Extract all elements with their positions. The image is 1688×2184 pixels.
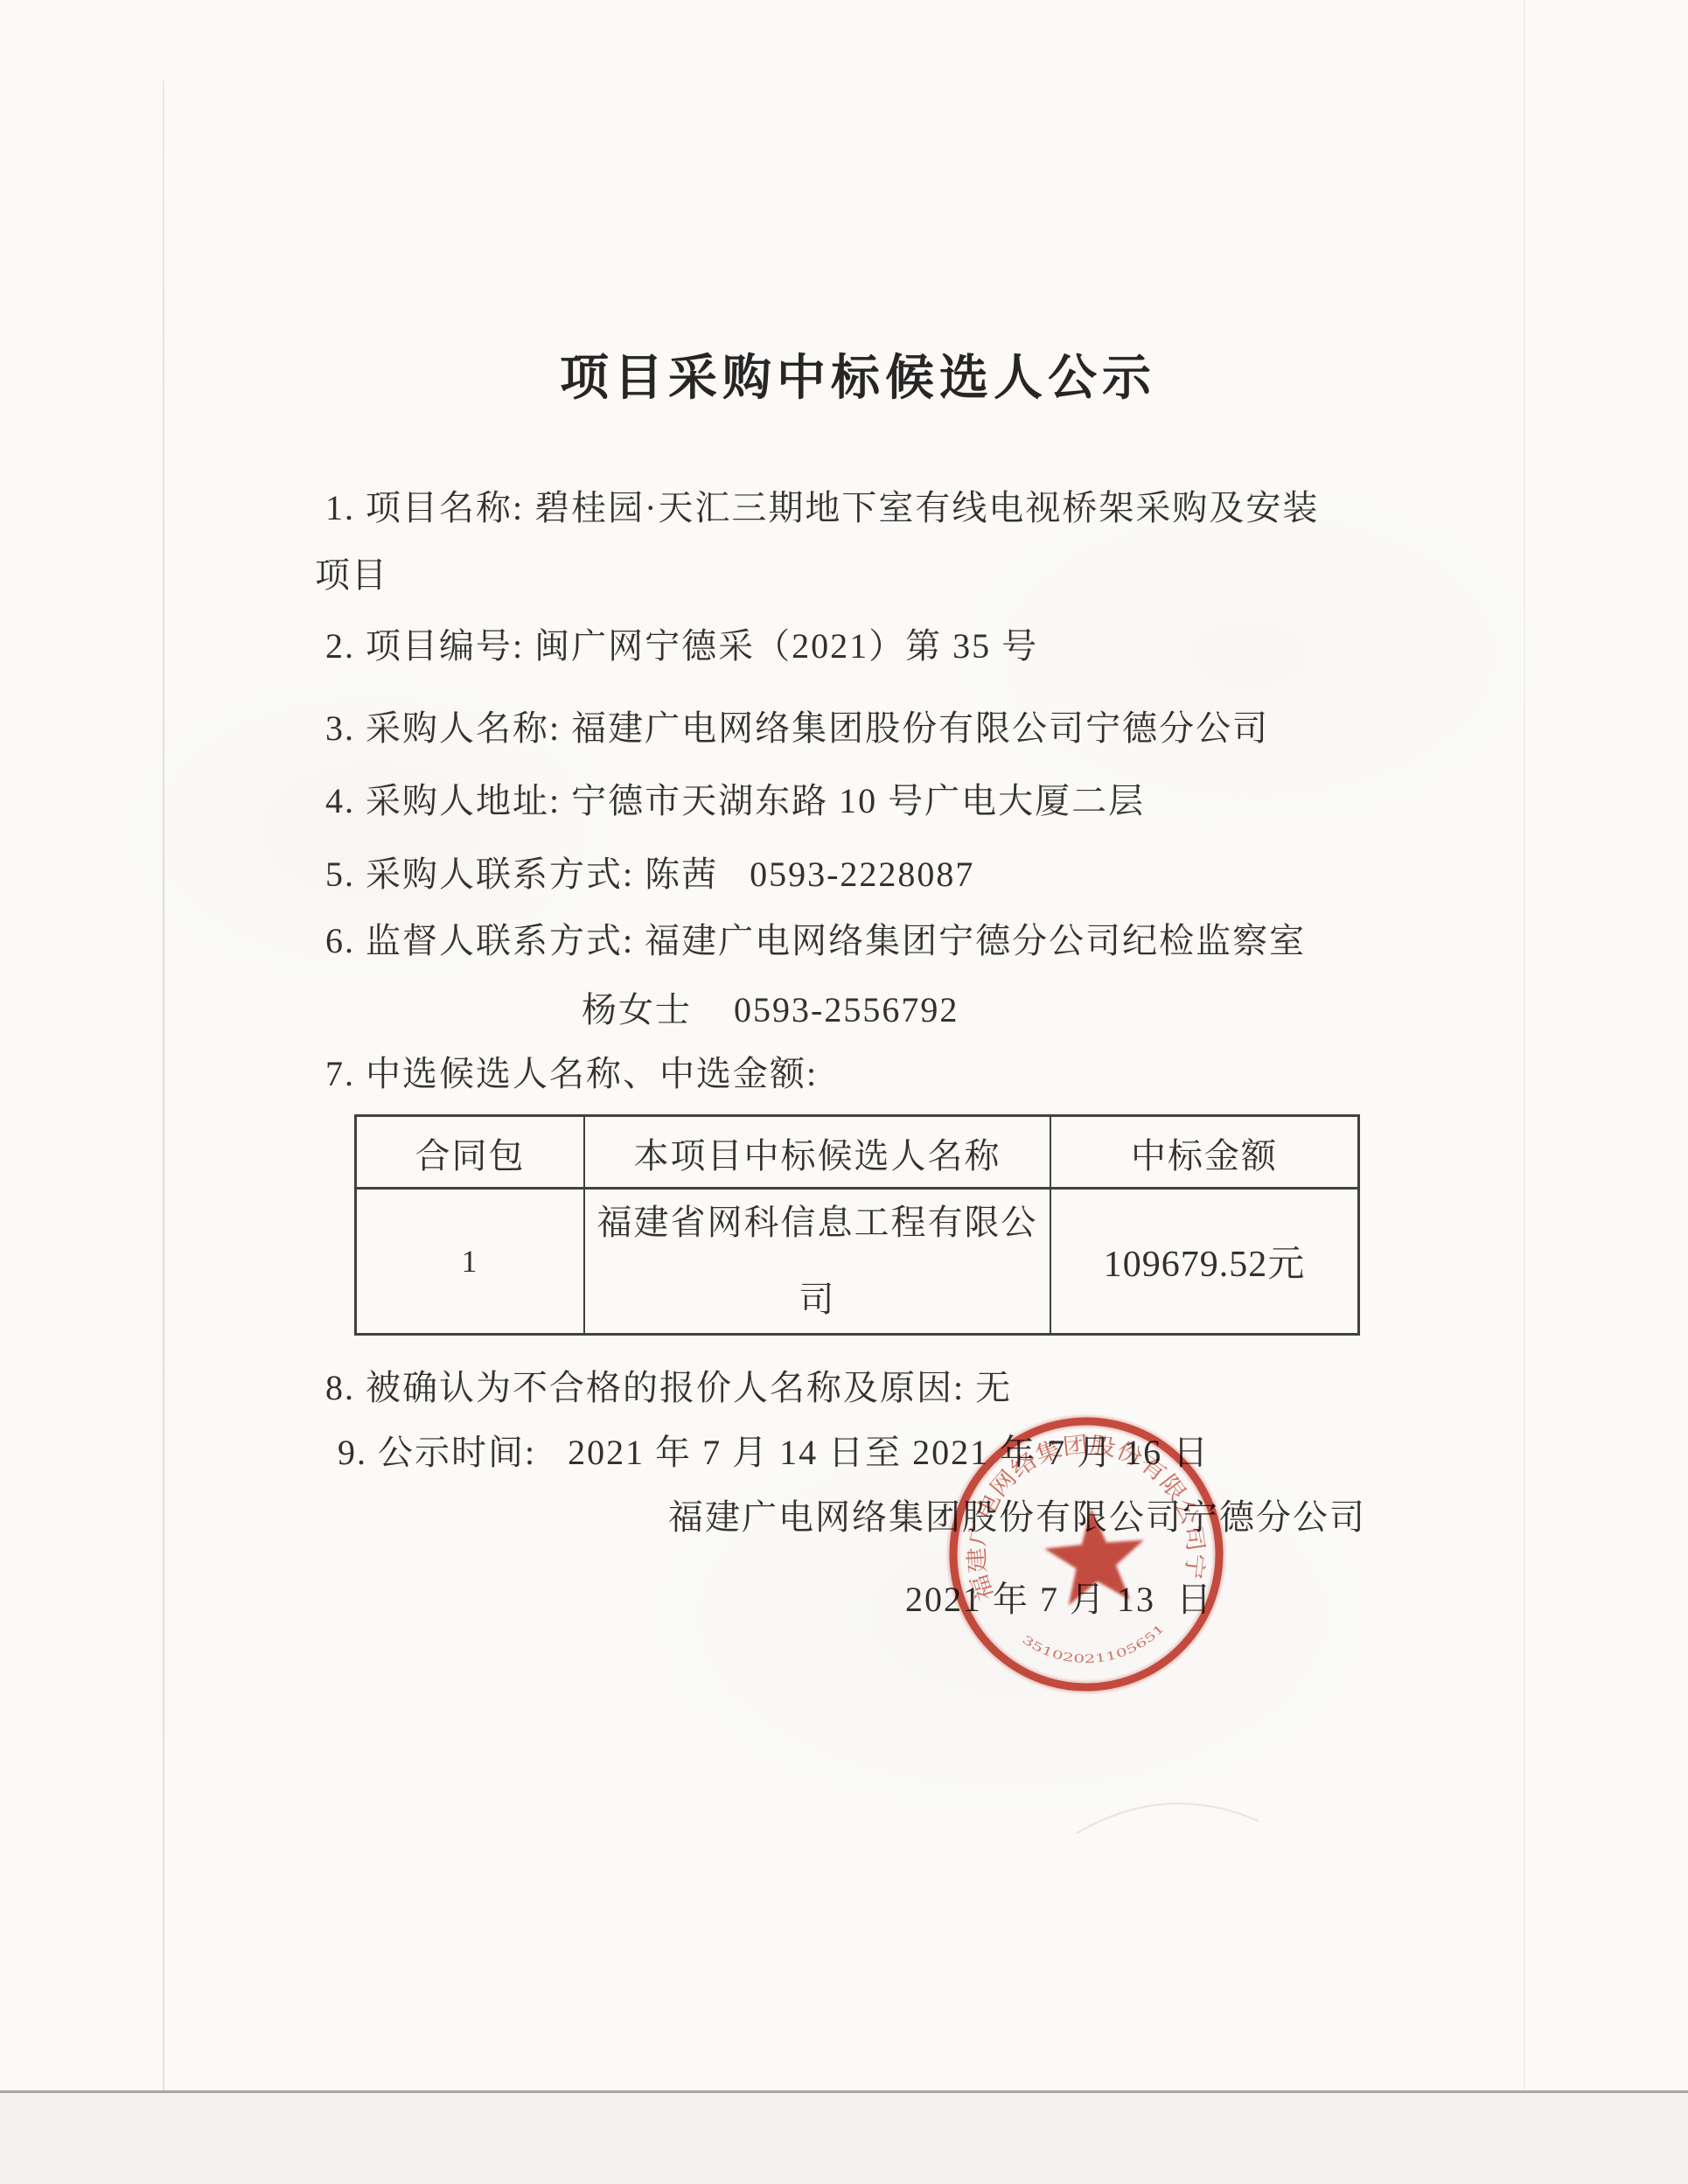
item-1-project-name-wrap: 项目 bbox=[315, 558, 388, 593]
cell-candidate: 福建省网科信息工程有限公司 bbox=[585, 1190, 1050, 1333]
item-2-project-number: 2. 项目编号: 闽广网宁德采（2021）第 35 号 bbox=[325, 629, 1038, 664]
paper-right-edge bbox=[1524, 0, 1525, 2090]
cell-package: 1 bbox=[357, 1190, 583, 1333]
item-8-disqualified: 8. 被确认为不合格的报价人名称及原因: 无 bbox=[325, 1371, 1012, 1406]
scanned-notice-page: 项目采购中标候选人公示 1. 项目名称: 碧桂园·天汇三期地下室有线电视桥架采购… bbox=[0, 0, 1688, 2184]
seal-star-icon bbox=[1042, 1504, 1149, 1607]
paper-bottom-edge bbox=[0, 2090, 1688, 2093]
award-table: 合同包 本项目中标候选人名称 中标金额 1 福建省网科信息工程有限公司 1096… bbox=[354, 1114, 1360, 1336]
header-package: 合同包 bbox=[357, 1117, 583, 1190]
item-6-supervisor-contact-wrap: 杨女士 0593-2556792 bbox=[582, 993, 959, 1028]
bleed-through-artifact bbox=[1071, 1776, 1264, 1846]
scanner-background bbox=[0, 2093, 1688, 2184]
seal-serial-holder: 35102021105651 bbox=[1019, 1621, 1170, 1672]
seal-serial: 35102021105651 bbox=[1019, 1621, 1170, 1672]
item-3-purchaser-name: 3. 采购人名称: 福建广电网络集团股份有限公司宁德分公司 bbox=[325, 711, 1269, 746]
notice-title: 项目采购中标候选人公示 bbox=[560, 339, 1156, 409]
header-candidate: 本项目中标候选人名称 bbox=[585, 1117, 1050, 1190]
item-5-purchaser-contact: 5. 采购人联系方式: 陈茜 0593-2228087 bbox=[325, 857, 974, 892]
header-amount: 中标金额 bbox=[1051, 1117, 1357, 1190]
cell-amount: 109679.52元 bbox=[1051, 1190, 1357, 1333]
item-4-purchaser-address: 4. 采购人地址: 宁德市天湖东路 10 号广电大厦二层 bbox=[325, 784, 1145, 819]
paper-left-edge bbox=[163, 80, 164, 2090]
official-seal: 福建广电网络集团股份有限公司宁德分公司 35102021105651 bbox=[921, 1389, 1251, 1719]
item-1-project-name: 1. 项目名称: 碧桂园·天汇三期地下室有线电视桥架采购及安装 bbox=[325, 491, 1319, 526]
item-6-supervisor-contact: 6. 监督人联系方式: 福建广电网络集团宁德分公司纪检监察室 bbox=[325, 924, 1306, 959]
item-7-candidates-heading: 7. 中选候选人名称、中选金额: bbox=[325, 1057, 818, 1092]
